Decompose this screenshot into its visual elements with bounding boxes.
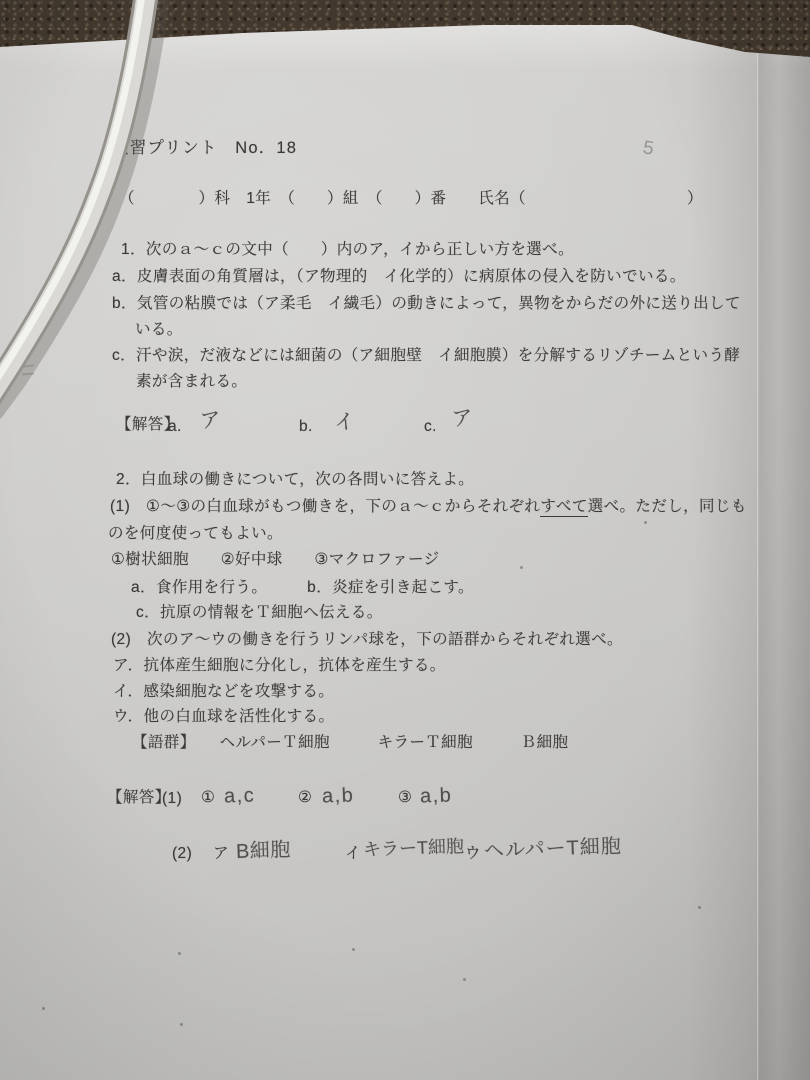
paper-speck — [644, 521, 647, 524]
q2-answer-label-i: イ — [345, 845, 361, 864]
q2-answer-a-handwritten: B細胞 — [236, 839, 291, 863]
q2-answer-label-u: ウ — [465, 845, 481, 864]
handwritten-katakana: イ — [333, 409, 357, 437]
handwritten-answer: a,c — [224, 783, 256, 808]
q2-part2-stem: (2) 次のア～ウの働きを行うリンパ球を，下の語群からそれぞれ選べ。 — [111, 631, 623, 650]
q1-answer-b-handwritten: イ — [334, 410, 355, 435]
q2-part2-item-a: ア．抗体産生細胞に分化し，抗体を産生する。 — [113, 657, 446, 676]
q2-word-bank: 【語群】 ヘルパーＴ細胞 キラーＴ細胞 Ｂ細胞 — [132, 734, 568, 753]
q2-stem: 2．白血球の働きについて，次の各問いに答えよ。 — [116, 471, 474, 490]
q2-answer-number-2: ② — [298, 789, 312, 808]
q2-part2-item-i: イ．感染細胞などを攻撃する。 — [113, 683, 334, 702]
q2-part1-line2: のを何度使ってもよい。 — [108, 525, 283, 544]
paper-speck — [463, 978, 466, 981]
paper-speck — [352, 948, 355, 951]
q2-answer-value-1-handwritten: a,c — [224, 784, 255, 808]
q2-cell-list: ①樹状細胞 ②好中球 ③マクロファージ — [111, 551, 439, 570]
paper-speck — [180, 1023, 183, 1026]
q2-answer-number-1: ① — [201, 789, 215, 808]
q2-answer-value-2-handwritten: a,b — [322, 784, 354, 808]
q2-part1-prefix: (1) ①～③の白血球がもつ働きを，下のａ～ｃからそれぞれ — [110, 498, 540, 515]
handwritten-answer: B細胞 — [236, 838, 292, 864]
q2-options-ab: a．食作用を行う。 b．炎症を引き起こす。 — [131, 579, 474, 598]
paper-speck — [42, 1007, 45, 1010]
q2-answer-value-3-handwritten: a,b — [420, 784, 452, 808]
q2-part1-line1: (1) ①～③の白血球がもつ働きを，下のａ～ｃからそれぞれすべて選べ。ただし，同… — [110, 498, 747, 517]
stray-pencil-mark: 5 — [641, 137, 655, 160]
q2-answer-i-handwritten: キラーT細胞 — [363, 838, 464, 860]
handwritten-answer: キラーT細胞 — [363, 836, 465, 861]
photo-of-worksheet-on-carpet: 演習プリント No．18 （ ）科 1年 （ ）組 （ ）番 氏名（ ） 1．次… — [0, 0, 810, 1080]
q1-answer-c-label: c. — [424, 418, 437, 437]
q2-answer-number-3: ③ — [398, 789, 412, 808]
paper-folded-edge — [758, 0, 810, 1080]
q2-answer-label-a: ア — [213, 845, 229, 864]
handwritten-answer: ヘルパーT細胞 — [484, 835, 623, 864]
q1-answer-b-label: b. — [299, 418, 313, 437]
handwritten-answer: a,b — [420, 783, 453, 808]
paper-speck — [178, 952, 181, 955]
q2-answer-part1-label: (1) — [162, 790, 182, 809]
handwritten-answer: a,b — [322, 783, 355, 808]
q2-answer-part2-label: (2) — [172, 845, 192, 864]
q2-answer-u-handwritten: ヘルパーT細胞 — [484, 837, 622, 861]
paper-speck — [520, 566, 523, 569]
q2-part1-underlined: すべて — [540, 498, 587, 517]
q2-option-c: c．抗原の情報をＴ細胞へ伝える。 — [136, 604, 383, 623]
handwritten-katakana: ア — [451, 405, 475, 433]
q2-part2-item-u: ウ．他の白血球を活性化する。 — [113, 708, 334, 727]
q1-answer-c-handwritten: ア — [452, 406, 473, 431]
paper-fold-shadow — [688, 0, 758, 1080]
white-cable — [0, 0, 300, 450]
